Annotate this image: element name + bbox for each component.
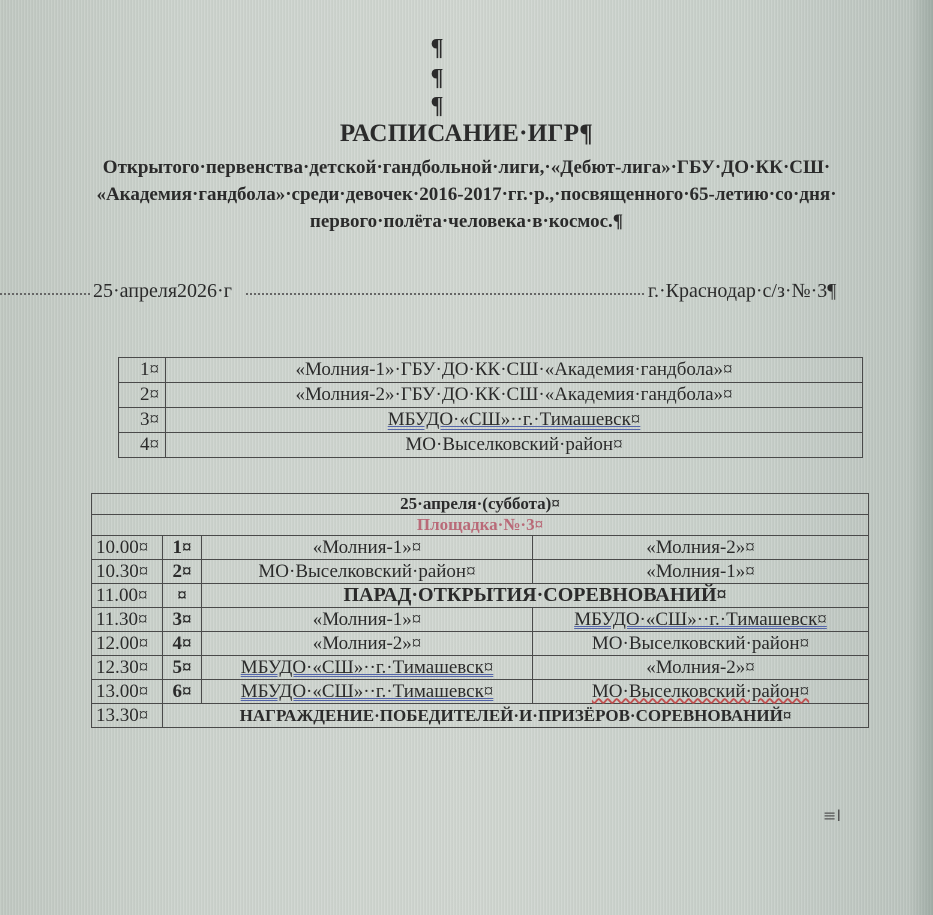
game-number: 4¤ [163, 632, 202, 656]
home-team: МО·Выселковский·район¤ [202, 560, 533, 584]
document-title: РАСПИСАНИЕ·ИГР¶ [0, 120, 933, 148]
away-team: МО·Выселковский·район¤ [533, 680, 869, 704]
game-number: 2¤ [163, 560, 202, 584]
team-number: 3¤ [119, 408, 166, 433]
table-row: 12.00¤ 4¤ «Молния-2»¤ МО·Выселковский·ра… [92, 632, 869, 656]
event-time: 13.30¤ [92, 704, 163, 728]
tab-leader [246, 293, 644, 295]
home-team: «Молния-1»¤ [202, 536, 533, 560]
away-team: МБУДО·«СШ»··г.·Тимашевск¤ [533, 608, 869, 632]
subtitle-line-3: первого·полёта·человека·в·космос.¶ [0, 209, 933, 235]
date-place-line: 25·апреля2026·г г.·Краснодар·с/з·№·3¶ [0, 280, 900, 306]
table-row: 3¤ МБУДО·«СШ»··г.·Тимашевск¤ [119, 408, 863, 433]
event-place: г.·Краснодар·с/з·№·3¶ [648, 280, 836, 303]
team-name: «Молния-2»·ГБУ·ДО·КК·СШ·«Академия·гандбо… [166, 383, 863, 408]
empty-paragraph-mark: ¶ [422, 36, 452, 60]
away-team: «Молния-1»¤ [533, 560, 869, 584]
game-number: ¤ [163, 584, 202, 608]
game-time: 10.00¤ [92, 536, 163, 560]
away-team: «Молния-2»¤ [533, 656, 869, 680]
game-number: 5¤ [163, 656, 202, 680]
awards-ceremony-row: 13.30¤ НАГРАЖДЕНИЕ·ПОБЕДИТЕЛЕЙ·И·ПРИЗЁРО… [92, 704, 869, 728]
home-team: «Молния-2»¤ [202, 632, 533, 656]
game-time: 13.00¤ [92, 680, 163, 704]
empty-paragraph-mark: ¶ [422, 66, 452, 90]
day-header-row: 25·апреля·(суббота)¤ [92, 494, 869, 515]
opening-ceremony-row: 11.00¤ ¤ ПАРАД·ОТКРЫТИЯ·СОРЕВНОВАНИЙ¤ [92, 584, 869, 608]
away-team: МО·Выселковский·район¤ [533, 632, 869, 656]
table-row: 4¤ МО·Выселковский·район¤ [119, 433, 863, 458]
team-number: 4¤ [119, 433, 166, 458]
home-team: МБУДО·«СШ»··г.·Тимашевск¤ [202, 656, 533, 680]
empty-paragraph-mark: ¶ [422, 94, 452, 118]
away-team: «Молния-2»¤ [533, 536, 869, 560]
event-date: 25·апреля2026·г [93, 280, 232, 303]
table-row: 10.30¤ 2¤ МО·Выселковский·район¤ «Молния… [92, 560, 869, 584]
opening-ceremony: ПАРАД·ОТКРЫТИЯ·СОРЕВНОВАНИЙ¤ [202, 584, 869, 608]
team-name: МБУДО·«СШ»··г.·Тимашевск¤ [166, 408, 863, 433]
table-row: 13.00¤ 6¤ МБУДО·«СШ»··г.·Тимашевск¤ МО·В… [92, 680, 869, 704]
team-number: 2¤ [119, 383, 166, 408]
text-cursor-icon: ≡I [823, 806, 841, 825]
subtitle-line-1: Открытого·первенства·детской·гандбольной… [0, 155, 933, 181]
game-number: 1¤ [163, 536, 202, 560]
awards-ceremony: НАГРАЖДЕНИЕ·ПОБЕДИТЕЛЕЙ·И·ПРИЗЁРОВ·СОРЕВ… [163, 704, 869, 728]
game-number: 3¤ [163, 608, 202, 632]
teams-table: 1¤ «Молния-1»·ГБУ·ДО·КК·СШ·«Академия·ган… [118, 357, 863, 458]
team-name: «Молния-1»·ГБУ·ДО·КК·СШ·«Академия·гандбо… [166, 358, 863, 383]
game-time: 10.30¤ [92, 560, 163, 584]
game-time: 11.30¤ [92, 608, 163, 632]
table-row: 10.00¤ 1¤ «Молния-1»¤ «Молния-2»¤ [92, 536, 869, 560]
tab-leader [0, 293, 90, 295]
game-time: 12.30¤ [92, 656, 163, 680]
court-header-row: Площадка·№·3¤ [92, 515, 869, 536]
table-row: 1¤ «Молния-1»·ГБУ·ДО·КК·СШ·«Академия·ган… [119, 358, 863, 383]
game-number: 6¤ [163, 680, 202, 704]
event-time: 11.00¤ [92, 584, 163, 608]
schedule-table: 25·апреля·(суббота)¤ Площадка·№·3¤ 10.00… [91, 493, 869, 728]
table-row: 12.30¤ 5¤ МБУДО·«СШ»··г.·Тимашевск¤ «Мол… [92, 656, 869, 680]
day-header: 25·апреля·(суббота)¤ [92, 494, 869, 515]
table-row: 2¤ «Молния-2»·ГБУ·ДО·КК·СШ·«Академия·ган… [119, 383, 863, 408]
home-team: МБУДО·«СШ»··г.·Тимашевск¤ [202, 680, 533, 704]
court-header: Площадка·№·3¤ [92, 515, 869, 536]
team-number: 1¤ [119, 358, 166, 383]
game-time: 12.00¤ [92, 632, 163, 656]
team-name: МО·Выселковский·район¤ [166, 433, 863, 458]
table-row: 11.30¤ 3¤ «Молния-1»¤ МБУДО·«СШ»··г.·Тим… [92, 608, 869, 632]
home-team: «Молния-1»¤ [202, 608, 533, 632]
subtitle-line-2: «Академия·гандбола»·среди·девочек·2016-2… [0, 182, 933, 208]
